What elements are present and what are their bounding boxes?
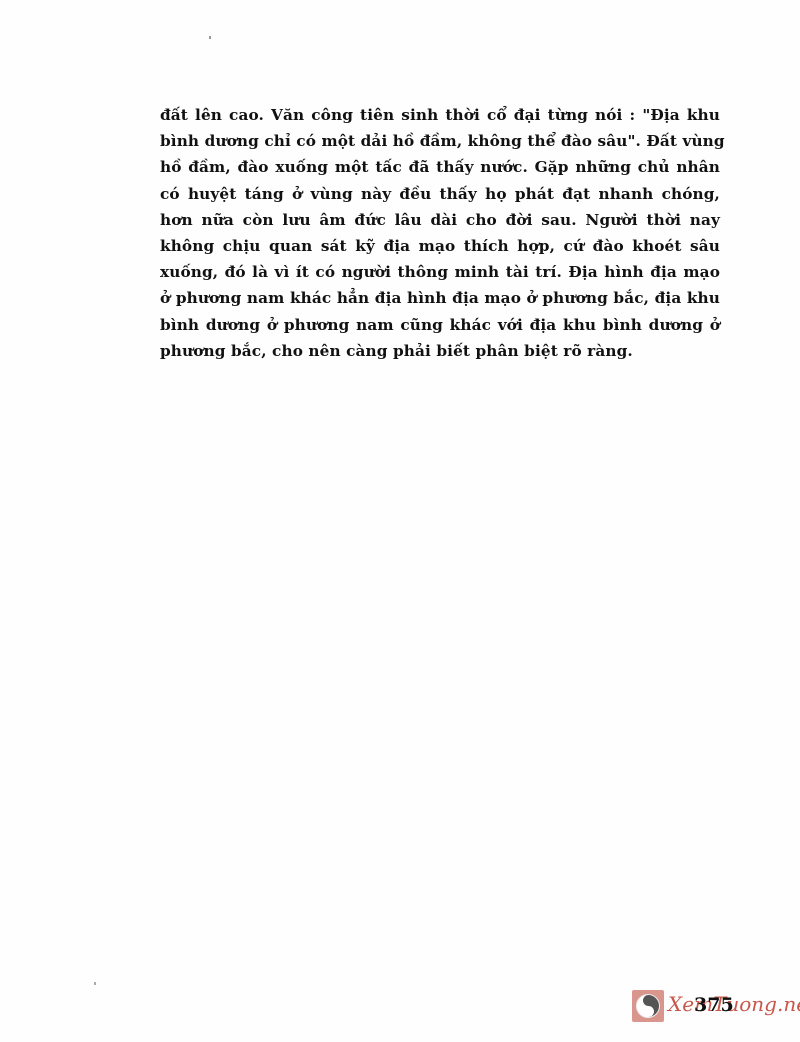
page-number: 375 — [694, 994, 734, 1016]
text-line: đất lên cao. Văn công tiên sinh thời cổ … — [160, 102, 720, 128]
text-line: hơn nữa còn lưu âm đức lâu dài cho đời s… — [160, 207, 720, 233]
text-line: hồ đầm, đào xuống một tấc đã thấy nước. … — [160, 154, 720, 180]
watermark-text: XemTuong.net — [668, 992, 800, 1016]
text-line: không chịu quan sát kỹ địa mạo thích hợp… — [160, 233, 720, 259]
text-line: bình dương ở phương nam cũng khác với đị… — [160, 312, 720, 338]
body-paragraph: đất lên cao. Văn công tiên sinh thời cổ … — [160, 102, 720, 364]
page-footer: XemTuong.net 375 — [632, 988, 797, 1024]
document-page: đất lên cao. Văn công tiên sinh thời cổ … — [0, 0, 800, 1042]
text-line: bình dương chỉ có một dải hồ đầm, không … — [160, 128, 720, 154]
watermark-logo — [632, 990, 664, 1022]
text-line: có huyệt táng ở vùng này đều thấy họ phá… — [160, 181, 720, 207]
scan-speck — [94, 982, 96, 985]
text-line: phương bắc, cho nên càng phải biết phân … — [160, 338, 720, 364]
text-line: xuống, đó là vì ít có người thông minh t… — [160, 259, 720, 285]
text-line: ở phương nam khác hẳn địa hình địa mạo ở… — [160, 285, 720, 311]
scan-speck — [209, 36, 211, 39]
yin-yang-icon — [636, 994, 660, 1018]
